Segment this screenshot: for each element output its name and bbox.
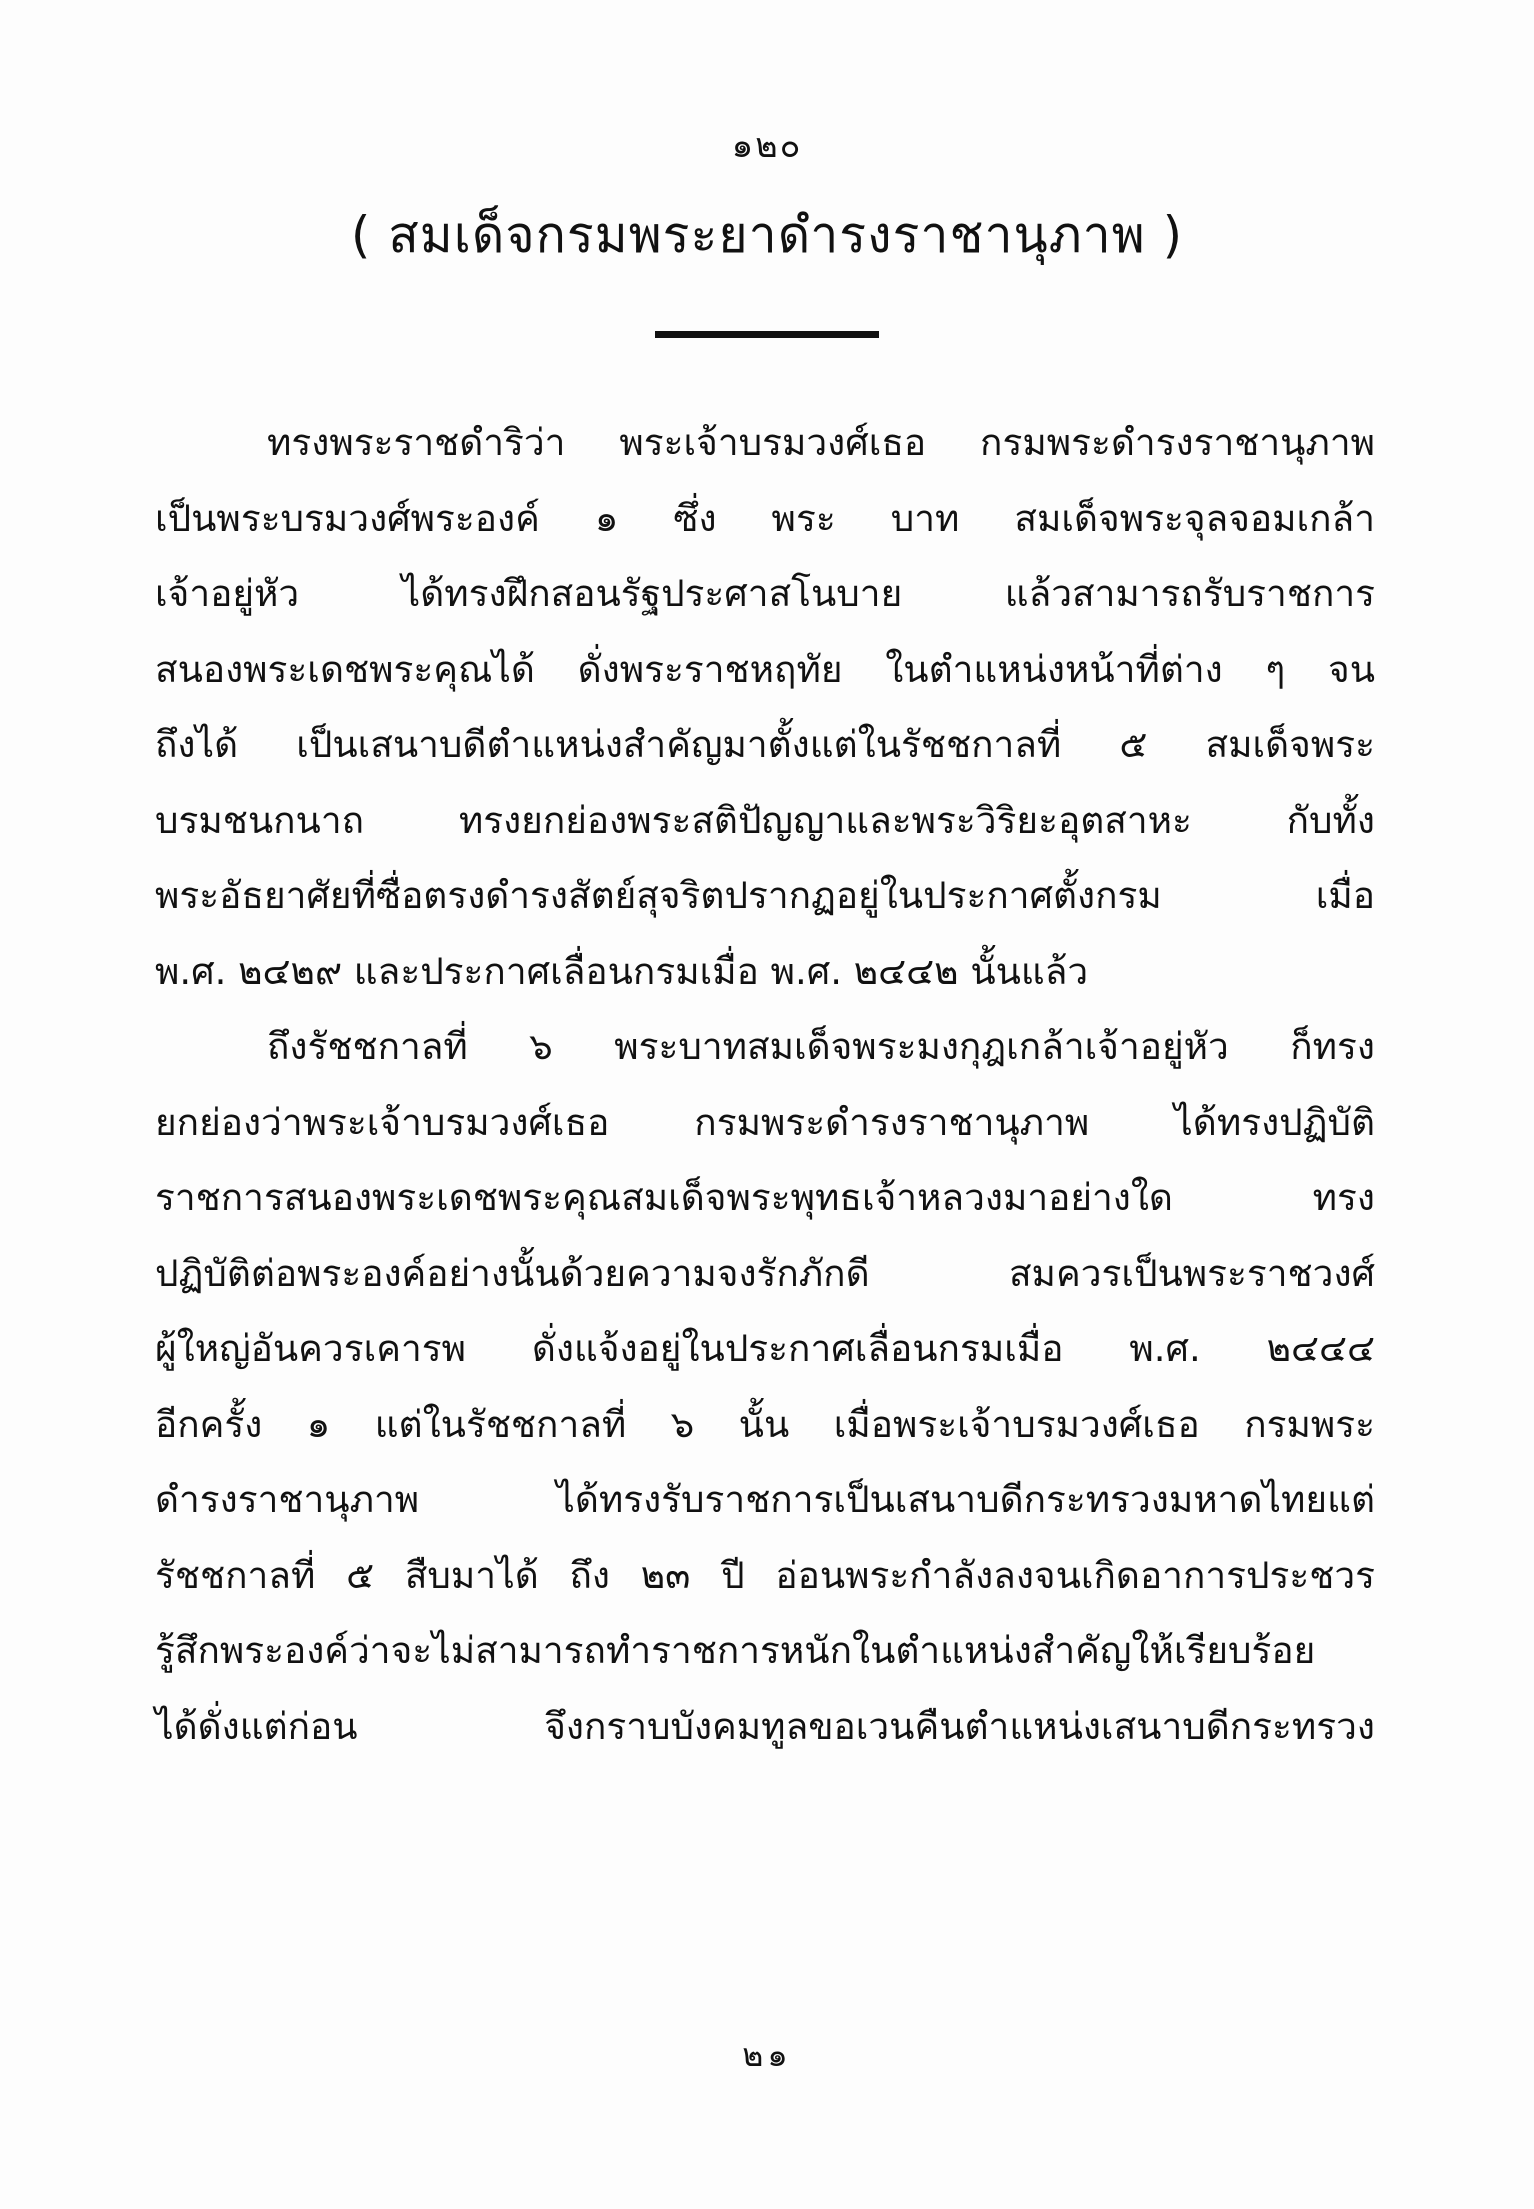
paragraph-2-line-4: ปฏิบัติต่อพระองค์อย่างนั้นด้วยความจงรักภ… <box>155 1236 1375 1312</box>
paragraph-2-line-7: ดำรงราชานุภาพ ได้ทรงรับราชการเป็นเสนาบดี… <box>155 1462 1375 1538</box>
body-text: ทรงพระราชดำริว่า พระเจ้าบรมวงศ์เธอ กรมพร… <box>155 405 1375 1764</box>
paragraph-1-line-2: เป็นพระบรมวงศ์พระองค์ ๑ ซึ่ง พระ บาท สมเ… <box>155 481 1375 557</box>
paragraph-2-line-10: ได้ดั่งแต่ก่อน จึงกราบบังคมทูลขอเวนคืนตำ… <box>155 1689 1375 1765</box>
page-number-top: ๑๒๐ <box>0 118 1534 172</box>
paragraph-2-line-1: ถึงรัชชกาลที่ ๖ พระบาทสมเด็จพระมงกุฎเกล้… <box>155 1009 1375 1085</box>
paragraph-2-line-6: อีกครั้ง ๑ แต่ในรัชชกาลที่ ๖ นั้น เมื่อพ… <box>155 1387 1375 1463</box>
book-page: ๑๒๐ ( สมเด็จกรมพระยาดำรงราชานุภาพ ) ทรงพ… <box>0 0 1534 2209</box>
paragraph-1-line-3: เจ้าอยู่หัว ได้ทรงฝึกสอนรัฐประศาสโนบาย แ… <box>155 556 1375 632</box>
paragraph-2-line-9: รู้สึกพระองค์ว่าจะไม่สามารถทำราชการหนักใ… <box>155 1613 1375 1689</box>
paragraph-1-line-4: สนองพระเดชพระคุณได้ ดั่งพระราชหฤทัย ในตำ… <box>155 632 1375 708</box>
section-heading: ( สมเด็จกรมพระยาดำรงราชานุภาพ ) <box>0 196 1534 275</box>
paragraph-1-line-1: ทรงพระราชดำริว่า พระเจ้าบรมวงศ์เธอ กรมพร… <box>155 405 1375 481</box>
page-footer-number: ๒๑ <box>0 2030 1534 2081</box>
paragraph-1-line-8: พ.ศ. ๒๔๒๙ และประกาศเลื่อนกรมเมื่อ พ.ศ. ๒… <box>155 934 1375 1010</box>
paragraph-2-line-5: ผู้ใหญ่อันควรเคารพ ดั่งแจ้งอยู่ในประกาศเ… <box>155 1311 1375 1387</box>
paragraph-2-line-8: รัชชกาลที่ ๕ สืบมาได้ ถึง ๒๓ ปี อ่อนพระก… <box>155 1538 1375 1614</box>
paragraph-1-line-5: ถึงได้ เป็นเสนาบดีตำแหน่งสำคัญมาตั้งแต่ใ… <box>155 707 1375 783</box>
heading-divider-rule <box>655 331 879 338</box>
paragraph-1-line-7: พระอัธยาศัยที่ซื่อตรงดำรงสัตย์สุจริตปราก… <box>155 858 1375 934</box>
paragraph-1-line-6: บรมชนกนาถ ทรงยกย่องพระสติปัญญาและพระวิริ… <box>155 783 1375 859</box>
paragraph-2-line-3: ราชการสนองพระเดชพระคุณสมเด็จพระพุทธเจ้าห… <box>155 1160 1375 1236</box>
paragraph-2-line-2: ยกย่องว่าพระเจ้าบรมวงศ์เธอ กรมพระดำรงราช… <box>155 1085 1375 1161</box>
